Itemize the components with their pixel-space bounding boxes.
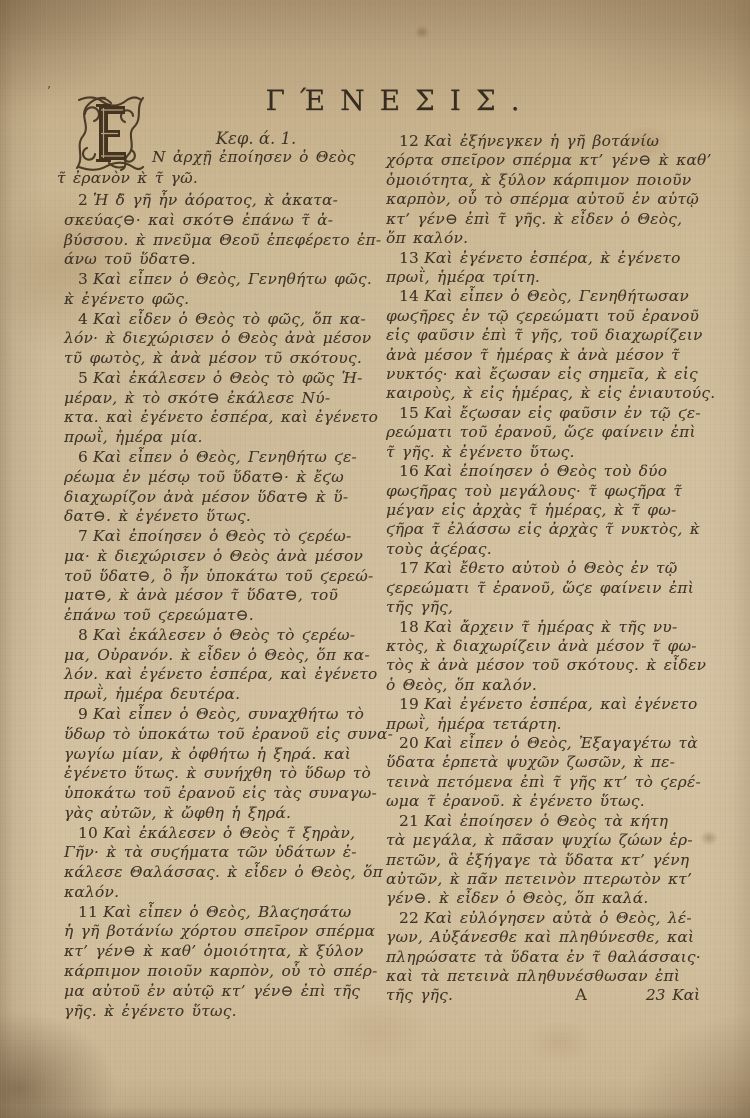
- verse-line: 14Καὶ εἶπεν ὁ Θεὸς, Γενηθήτωσαν: [399, 287, 698, 306]
- verse-line: πετῶν, ἃ ἐξήγαγε τὰ ὕδατα κτ’ γένη: [386, 851, 698, 870]
- verse-number: 6: [78, 448, 88, 466]
- verse-line: βύσσου. κ̀ πνεῦμα Θεοῦ ἐπεφέρετο ἐπ-: [64, 231, 364, 250]
- verse-line: καρπὸν, οὗ τὸ σπέρμα αὐτοῦ ἐν αὐτῷ: [386, 190, 698, 209]
- verse-number: 13: [399, 249, 419, 267]
- verse-line: ὁ Θεὸς, ὅπ καλόν.: [386, 676, 698, 695]
- verse-line: πρωῒ, ἡμέρα μία.: [64, 428, 364, 447]
- verse-line: διαχωρίζον ἀνὰ μέσον ὕδατ⊖ κ̀ ὕ-: [64, 488, 364, 507]
- verse-line: μα αὐτοῦ ἐν αὐτῷ κτ’ γέν⊖ ἐπὶ τῆς: [64, 982, 364, 1001]
- verse-line: 2Ἡ δ̀ γῆ ἦν ἀόρατος, κ̀ ἀκατα-: [78, 191, 364, 210]
- verse-line: μέραν, κ̀ τὸ σκότ⊖ ἐκάλεσε Νύ-: [64, 389, 364, 408]
- verse-line: τεινὰ πετόμενα ἐπὶ τ̃ γῆς κτ’ τὸ ϛερέ-: [386, 773, 698, 792]
- verse-line: τὸς κ̀ ἀνὰ μέσον τοῦ σκότους. κ̀ εἶδεν: [386, 656, 698, 675]
- verse-line: 18Καὶ ἄρχειν τ̃ ἡμέρας κ̀ τῆς νυ-: [399, 618, 698, 637]
- verse-number: 17: [399, 559, 419, 577]
- verse-line: λόν· κ̀ διεχώρισεν ὁ Θεὸς ἀνὰ μέσον: [64, 329, 364, 348]
- verse-line: ὑποκάτω τοῦ ἐρανοῦ εἰς τὰς συναγω-: [64, 784, 364, 803]
- verse-line: τ̃ γῆς. κ̀ ἐγένετο ὕτως.: [386, 443, 698, 462]
- verse-number: 9: [78, 705, 88, 723]
- verse-number: 16: [399, 462, 419, 480]
- verse-number: 15: [399, 404, 419, 422]
- verse-line: ἡ γῆ βοτάνίω χόρτου σπεῖρον σπέρμα: [64, 922, 364, 941]
- verse-line: μα· κ̀ διεχώρισεν ὁ Θεὸς ἀνὰ μέσον: [64, 547, 364, 566]
- verse-line: 13Καὶ ἐγένετο ἑσπέρα, κ̀ ἐγένετο: [399, 249, 698, 268]
- verse-line: ὁμοιότητα, κ̀ ξύλον κάρπιμον ποιοῦν: [386, 171, 698, 190]
- verse-line: ματ⊖, κ̀ ἀνὰ μέσον τ̃ ὕδατ⊖, τοῦ: [64, 586, 364, 605]
- verse-number: 2: [78, 191, 88, 209]
- verse-line: γὰς αὐτῶν, κ̀ ὤφθη ἡ ξηρά.: [64, 804, 364, 823]
- verse-line: ἐπάνω τοῦ ϛερεώματ⊖.: [64, 606, 364, 625]
- verse-line: ὕδωρ τὸ ὑποκάτω τοῦ ἐρανοῦ εἰς συνα-: [64, 725, 364, 744]
- verse-number: 7: [78, 527, 88, 545]
- woodcut-initial-icon: [71, 92, 149, 174]
- verse-line: πρωῒ, ἡμέρα δευτέρα.: [64, 685, 364, 704]
- verse-line: πρωῒ, ἡμέρα τρίτη.: [386, 268, 698, 287]
- verse-line: τὰ μεγάλα, κ̀ πᾶσαν ψυχίω ζώων ἑρ-: [386, 831, 698, 850]
- verse-line: σκεύαϛ⊖· καὶ σκότ⊖ ἐπάνω τ̃ ἀ-: [64, 211, 364, 230]
- verse-line: φωϛῆρες ἐν τῷ ϛερεώματι τοῦ ἐρανοῦ: [386, 307, 698, 326]
- verse-number: 10: [78, 824, 98, 842]
- verse-line: 6Καὶ εἶπεν ὁ Θεὸς, Γενηθήτω ϛε-: [78, 448, 364, 467]
- verse-line: αὐτῶν, κ̀ πᾶν πετεινὸν πτερωτὸν κτ’: [386, 870, 698, 889]
- verse-line: τοῦ ὕδατ⊖, ὃ ἦν ὑποκάτω τοῦ ϛερεώ-: [64, 567, 364, 586]
- verse-line: 17Καὶ ἔθετο αὐτοὺ ὁ Θεὸς ἐν τῷ: [399, 559, 698, 578]
- corner-mark: ’: [47, 84, 51, 98]
- verse-line: 21Καὶ ἐποίησεν ὁ Θεὸς τὰ κήτη: [399, 812, 698, 831]
- verse-line: κάρπιμον ποιοῦν καρπὸν, οὗ τὸ σπέρ-: [64, 962, 364, 981]
- verse-line: καλόν.: [64, 883, 364, 902]
- verse-line: 7Καὶ ἐποίησεν ὁ Θεὸς τὸ ϛερέω-: [78, 527, 364, 546]
- verse-line: 20Καὶ εἶπεν ὁ Θεὸς, Ἐξαγαγέτω τὰ: [399, 734, 698, 753]
- verse-line: 4Καὶ εἶδεν ὁ Θεὸς τὸ φῶς, ὅπ κα-: [78, 310, 364, 329]
- verse-line: 9Καὶ εἶπεν ὁ Θεὸς, συναχθήτω τὸ: [78, 705, 364, 724]
- verse-line: τοὺς ἀϛέρας.: [386, 540, 698, 559]
- verse-line: δατ⊖. κ̀ ἐγένετο ὕτως.: [64, 507, 364, 526]
- verse-line: ἐγένετο ὕτως. κ̀ συνήχθη τὸ ὕδωρ τὸ: [64, 764, 364, 783]
- verse-line: φωϛῆρας τοὺ μεγάλους· τ̃ φωϛῆρα τ̃: [386, 482, 698, 501]
- verse-number: 8: [78, 626, 88, 644]
- verse-line: χόρτα σπεῖρον σπέρμα κτ’ γέν⊖ κ̀ καθ’: [386, 151, 698, 170]
- page-title: ΓΈΝΕΣΙΣ.: [50, 84, 750, 117]
- verse-line: λόν. καὶ ἐγένετο ἑσπέρα, καὶ ἐγένετο: [64, 665, 364, 684]
- verse-line: καιροὺς, κ̀ εἰς ἡμέρας, κ̀ εἰς ἐνιαυτούς…: [386, 384, 698, 403]
- verse-line: 10Καὶ ἐκάλεσεν ὁ Θεὸς τ̃ ξηρὰν,: [78, 824, 364, 843]
- verse-line: τῦ φωτὸς, κ̀ ἀνὰ μέσον τῦ σκότους.: [64, 349, 364, 368]
- verse-line: γῆς. κ̀ ἐγένετο ὕτως.: [64, 1002, 364, 1021]
- verse-line: καὶ τὰ πετεινὰ πληθυνέσθωσαν ἐπὶ: [386, 967, 698, 986]
- verse-line: ρεώματι τοῦ ἐρανοῦ, ὥϛε φαίνειν ἐπὶ: [386, 423, 698, 442]
- verse-line: κτα. καὶ ἐγένετο ἑσπέρα, καὶ ἐγένετο: [64, 408, 364, 427]
- verse-line: νυκτός· καὶ ἔϛωσαν εἰς σημεῖα, κ̀ εἰς: [386, 365, 698, 384]
- signature-mark: Α: [566, 985, 596, 1004]
- verse-number: 5: [78, 369, 88, 387]
- verse-number: 12: [399, 132, 419, 150]
- verse-line: γων, Αὐξάνεσθε καὶ πληθύνεσθε, καὶ: [386, 928, 698, 947]
- verse-line: γέν⊖. κ̀ εἶδεν ὁ Θεὸς, ὅπ καλά.: [386, 889, 698, 908]
- verse-line: κτ’ γέν⊖ ἐπὶ τ̃ γῆς. κ̀ εἶδεν ὁ Θεὸς,: [386, 210, 698, 229]
- verse-line: ωμα τ̃ ἐρανοῦ. κ̀ ἐγένετο ὕτως.: [386, 792, 698, 811]
- verse-line: Γῆν· κ̀ τὰ συϛήματα τῶν ὑδάτων ἐ-: [64, 843, 364, 862]
- verse-line: ρέωμα ἐν μέσῳ τοῦ ὕδατ⊖· κ̀ ἔϛω: [64, 468, 364, 487]
- drop-cap-initial-epsilon: [71, 92, 149, 174]
- verse-line: 19Καὶ ἐγένετο ἑσπέρα, καὶ ἐγένετο: [399, 695, 698, 714]
- verse-number: 4: [78, 310, 88, 328]
- verse-line: μα, Οὐρανόν. κ̀ εἶδεν ὁ Θεὸς, ὅπ κα-: [64, 646, 364, 665]
- verse-line: ϛῆρα τ̃ ἐλάσσω εἰς ἀρχὰς τ̃ νυκτὸς, κ̀: [386, 520, 698, 539]
- verse-number: 18: [399, 618, 419, 636]
- verse-line: πληρώσατε τὰ ὕδατα ἐν τ̃ θαλάσσαις·: [386, 948, 698, 967]
- verse-line: 5Καὶ ἐκάλεσεν ὁ Θεὸς τὸ φῶς Ἡ-: [78, 369, 364, 388]
- verse-line: 3Καὶ εἶπεν ὁ Θεὸς, Γενηθήτω φῶς.: [78, 270, 364, 289]
- verse-line: κτ’ γέν⊖ κ̀ καθ’ ὁμοιότητα, κ̀ ξύλον: [64, 942, 364, 961]
- verse-line: 15Καὶ ἔϛωσαν εἰς φαῦσιν ἐν τῷ ϛε-: [399, 404, 698, 423]
- verse-line: τῆς γῆς,: [386, 598, 698, 617]
- verse-line: ὅπ καλόν.: [386, 229, 698, 248]
- verse-line: εἰς φαῦσιν ἐπὶ τ̃ γῆς, τοῦ διαχωρίζειν: [386, 326, 698, 345]
- verse-line: άνω τοῦ ὕδατ⊖.: [64, 250, 364, 269]
- verse-line: μέγαν εἰς ἀρχὰς τ̃ ἡμέρας, κ̀ τ̃ φω-: [386, 501, 698, 520]
- verse-line: ϛερεώματι τ̃ ἐρανοῦ, ὥϛε φαίνειν ἐπὶ: [386, 579, 698, 598]
- verse-number: 21: [399, 812, 419, 830]
- verse-line: ἀνὰ μέσον τ̃ ἡμέρας κ̀ ἀνὰ μέσον τ̃: [386, 346, 698, 365]
- verse-number: 19: [399, 695, 419, 713]
- verse-line: 8Καὶ ἐκάλεσεν ὁ Θεὸς τὸ ϛερέω-: [78, 626, 364, 645]
- verse-number: 22: [399, 909, 419, 927]
- page: ΓΈΝΕΣΙΣ. ’: [0, 0, 750, 1118]
- catchword: 23 Καὶ: [608, 986, 700, 1004]
- verse-line: Ν ἀρχῇ ἐποίησεν ὁ Θεὸς: [152, 148, 364, 167]
- verse-number: 14: [399, 287, 419, 305]
- verse-line: κάλεσε Θαλάσσας. κ̀ εἶδεν ὁ Θεὸς, ὅπ: [64, 863, 364, 882]
- verse-line: 12Καὶ ἐξήνεγκεν ἡ γῆ βοτάνίω: [399, 132, 698, 151]
- verse-number: 20: [399, 734, 419, 752]
- verse-line: πρωῒ, ἡμέρα τετάρτη.: [386, 715, 698, 734]
- verse-line: κτὸς, κ̀ διαχωρίζειν ἀνὰ μέσον τ̃ φω-: [386, 637, 698, 656]
- verse-line: 22Καὶ εὐλόγησεν αὐτὰ ὁ Θεὸς, λέ-: [399, 909, 698, 928]
- verse-line: ὕδατα ἑρπετὰ ψυχῶν ζωσῶν, κ̀ πε-: [386, 753, 698, 772]
- verse-number: 11: [78, 903, 98, 921]
- verse-line: 11Καὶ εἶπεν ὁ Θεὸς, Βλαϛησάτω: [78, 903, 364, 922]
- verse-line: 16Καὶ ἐποίησεν ὁ Θεὸς τοὺ δύο: [399, 462, 698, 481]
- verse-line: κ̀ ἐγένετο φῶς.: [64, 290, 364, 309]
- verse-line: γωγίω μίαν, κ̀ ὀφθήτω ἡ ξηρά. καὶ: [64, 745, 364, 764]
- verse-number: 3: [78, 270, 88, 288]
- verse-line: τ̃ ἐρανὸν κ̀ τ̃ γῶ.: [57, 169, 357, 188]
- chapter-heading: Κεφ. ά. 1.: [150, 129, 362, 148]
